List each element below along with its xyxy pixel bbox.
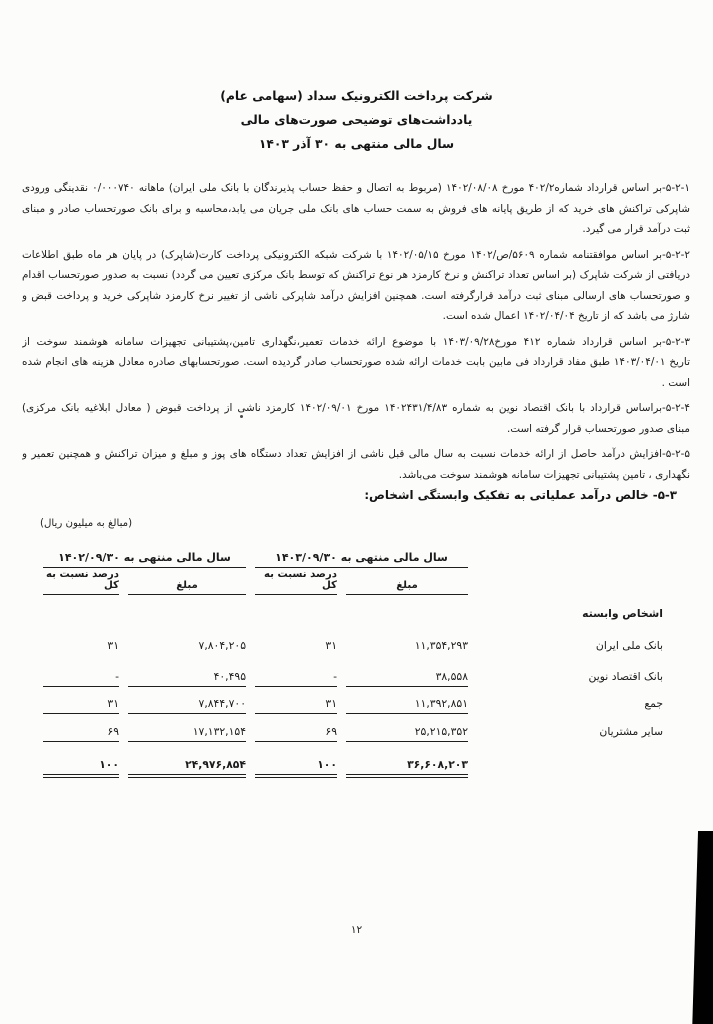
- operating-income-table: سال مالی منتهی به ۱۴۰۳/۰۹/۳۰سال مالی منت…: [43, 539, 665, 778]
- table-cell: ۳۱: [255, 623, 337, 655]
- table-cell: ۲۴,۹۷۶,۸۵۴: [128, 742, 246, 778]
- table-cell: -: [255, 655, 337, 687]
- note-paragraph-4: ۵-۲-۴-براساس قرارداد با بانک اقتصاد نوین…: [22, 398, 690, 439]
- paragraph-line: ۵-۲-۴-براساس قرارداد با بانک اقتصاد نوین…: [22, 398, 690, 419]
- paragraph-line: نگهداری ، تامین پشتیبانی تجهیزات سامانه …: [22, 465, 690, 486]
- fiscal-period: سال مالی منتهی به ۳۰ آذر ۱۴۰۳: [0, 132, 713, 156]
- paragraph-line: ۵-۲-۳-بر اساس قرارداد شماره ۴۱۲ مورخ۱۴۰۳…: [22, 332, 690, 353]
- row-label: بانک ملی ایران: [477, 623, 665, 655]
- table-cell: ۱۷,۱۳۲,۱۵۴: [128, 714, 246, 742]
- column-group-header-2: سال مالی منتهی به ۱۴۰۲/۰۹/۳۰: [43, 539, 246, 568]
- table-cell: ۳۱: [255, 687, 337, 714]
- table-cell: ۴۰,۴۹۵: [128, 655, 246, 687]
- paragraph-line: شاپرکی تراکنش های خرید که از طریق پایانه…: [22, 199, 690, 220]
- row-label: سایر مشتریان: [477, 714, 665, 741]
- table-corner-spacer: [477, 539, 665, 567]
- table-cell: [255, 595, 337, 623]
- paragraph-line: و صورتحساب های ارسالی مبنای ثبت درآمد قر…: [22, 286, 690, 307]
- table-cell: ۲۵,۲۱۵,۳۵۲: [346, 714, 468, 742]
- column-header-2-1: مبلغ: [128, 568, 246, 595]
- section-heading: ۵-۳- خالص درآمد عملیاتی به تفکیک وابستگی…: [364, 488, 677, 502]
- column-header-1-1: مبلغ: [346, 568, 468, 595]
- table-cell: [128, 595, 246, 623]
- table-cell: ۷,۸۰۴,۲۰۵: [128, 623, 246, 655]
- table-cell: ۳۱: [43, 623, 119, 655]
- table-cell: ۱۱,۳۵۴,۲۹۳: [346, 623, 468, 655]
- report-header: شرکت پرداخت الکترونیک سداد (سهامی عام) ی…: [0, 84, 713, 156]
- paragraph-line: است .: [22, 373, 690, 394]
- paragraph-line: دریافتی از شرکت شاپرک (بر اساس تعداد ترا…: [22, 265, 690, 286]
- note-paragraph-3: ۵-۲-۳-بر اساس قرارداد شماره ۴۱۲ مورخ۱۴۰۳…: [22, 332, 690, 394]
- scanned-financial-statement-page: شرکت پرداخت الکترونیک سداد (سهامی عام) ی…: [0, 0, 713, 1024]
- table-cell: ۱۰۰: [255, 742, 337, 778]
- row-label: جمع: [477, 687, 665, 713]
- paragraph-line: ۵-۲-۲-بر اساس موافقتنامه شماره ۵۶۰۹/ص/۱۴…: [22, 245, 690, 266]
- paragraph-line: ثبت درآمد قرار می گیرد.: [22, 219, 690, 240]
- note-paragraph-2: ۵-۲-۲-بر اساس موافقتنامه شماره ۵۶۰۹/ص/۱۴…: [22, 245, 690, 327]
- notes-paragraphs: ۵-۲-۱-بر اساس قرارداد شماره۴۰۲/۲ مورخ ۱۴…: [22, 178, 690, 490]
- column-header-1-2: درصد نسبت به کل: [255, 568, 337, 595]
- table-cell: [346, 595, 468, 623]
- paragraph-line: ۵-۲-۵-افزایش درآمد حاصل از ارائه خدمات ن…: [22, 444, 690, 465]
- table-cell: ۶۹: [255, 714, 337, 742]
- row-label: اشخاص وابسته: [477, 595, 665, 623]
- row-label: بانک اقتصاد نوین: [477, 655, 665, 686]
- table-cell: ۱۰۰: [43, 742, 119, 778]
- table-cell: ۷,۸۴۴,۷۰۰: [128, 687, 246, 714]
- paragraph-line: تاریخ ۱۴۰۳/۰۴/۰۱ طبق مفاد قرارداد فی ماب…: [22, 352, 690, 373]
- table-cell: ۱۱,۳۹۲,۸۵۱: [346, 687, 468, 714]
- column-header-2-2: درصد نسبت به کل: [43, 568, 119, 595]
- paragraph-line: مبنای صدور صورتحساب قرار گرفته است.: [22, 419, 690, 440]
- table-cell: -: [43, 655, 119, 687]
- note-paragraph-5: ۵-۲-۵-افزایش درآمد حاصل از ارائه خدمات ن…: [22, 444, 690, 485]
- units-note: (مبالغ به میلیون ریال): [40, 518, 132, 529]
- page-number: ۱۲: [0, 924, 713, 936]
- company-name: شرکت پرداخت الکترونیک سداد (سهامی عام): [0, 84, 713, 108]
- column-group-header-1: سال مالی منتهی به ۱۴۰۳/۰۹/۳۰: [255, 539, 468, 568]
- note-paragraph-1: ۵-۲-۱-بر اساس قرارداد شماره۴۰۲/۲ مورخ ۱۴…: [22, 178, 690, 240]
- table-cell: [43, 595, 119, 623]
- row-label: [477, 742, 665, 774]
- table-spacer: [477, 568, 665, 594]
- table-cell: ۳۱: [43, 687, 119, 714]
- table-cell: ۳۶,۶۰۸,۲۰۳: [346, 742, 468, 778]
- table-cell: ۶۹: [43, 714, 119, 742]
- paragraph-line: شارژ می باشد که از تاریخ ۱۴۰۲/۰۴/۰۴ اعما…: [22, 306, 690, 327]
- table-cell: ۳۸,۵۵۸: [346, 655, 468, 687]
- report-subtitle: یادداشت‌های توضیحی صورت‌های مالی: [0, 108, 713, 132]
- paragraph-line: ۵-۲-۱-بر اساس قرارداد شماره۴۰۲/۲ مورخ ۱۴…: [22, 178, 690, 199]
- ink-speck: [240, 415, 243, 418]
